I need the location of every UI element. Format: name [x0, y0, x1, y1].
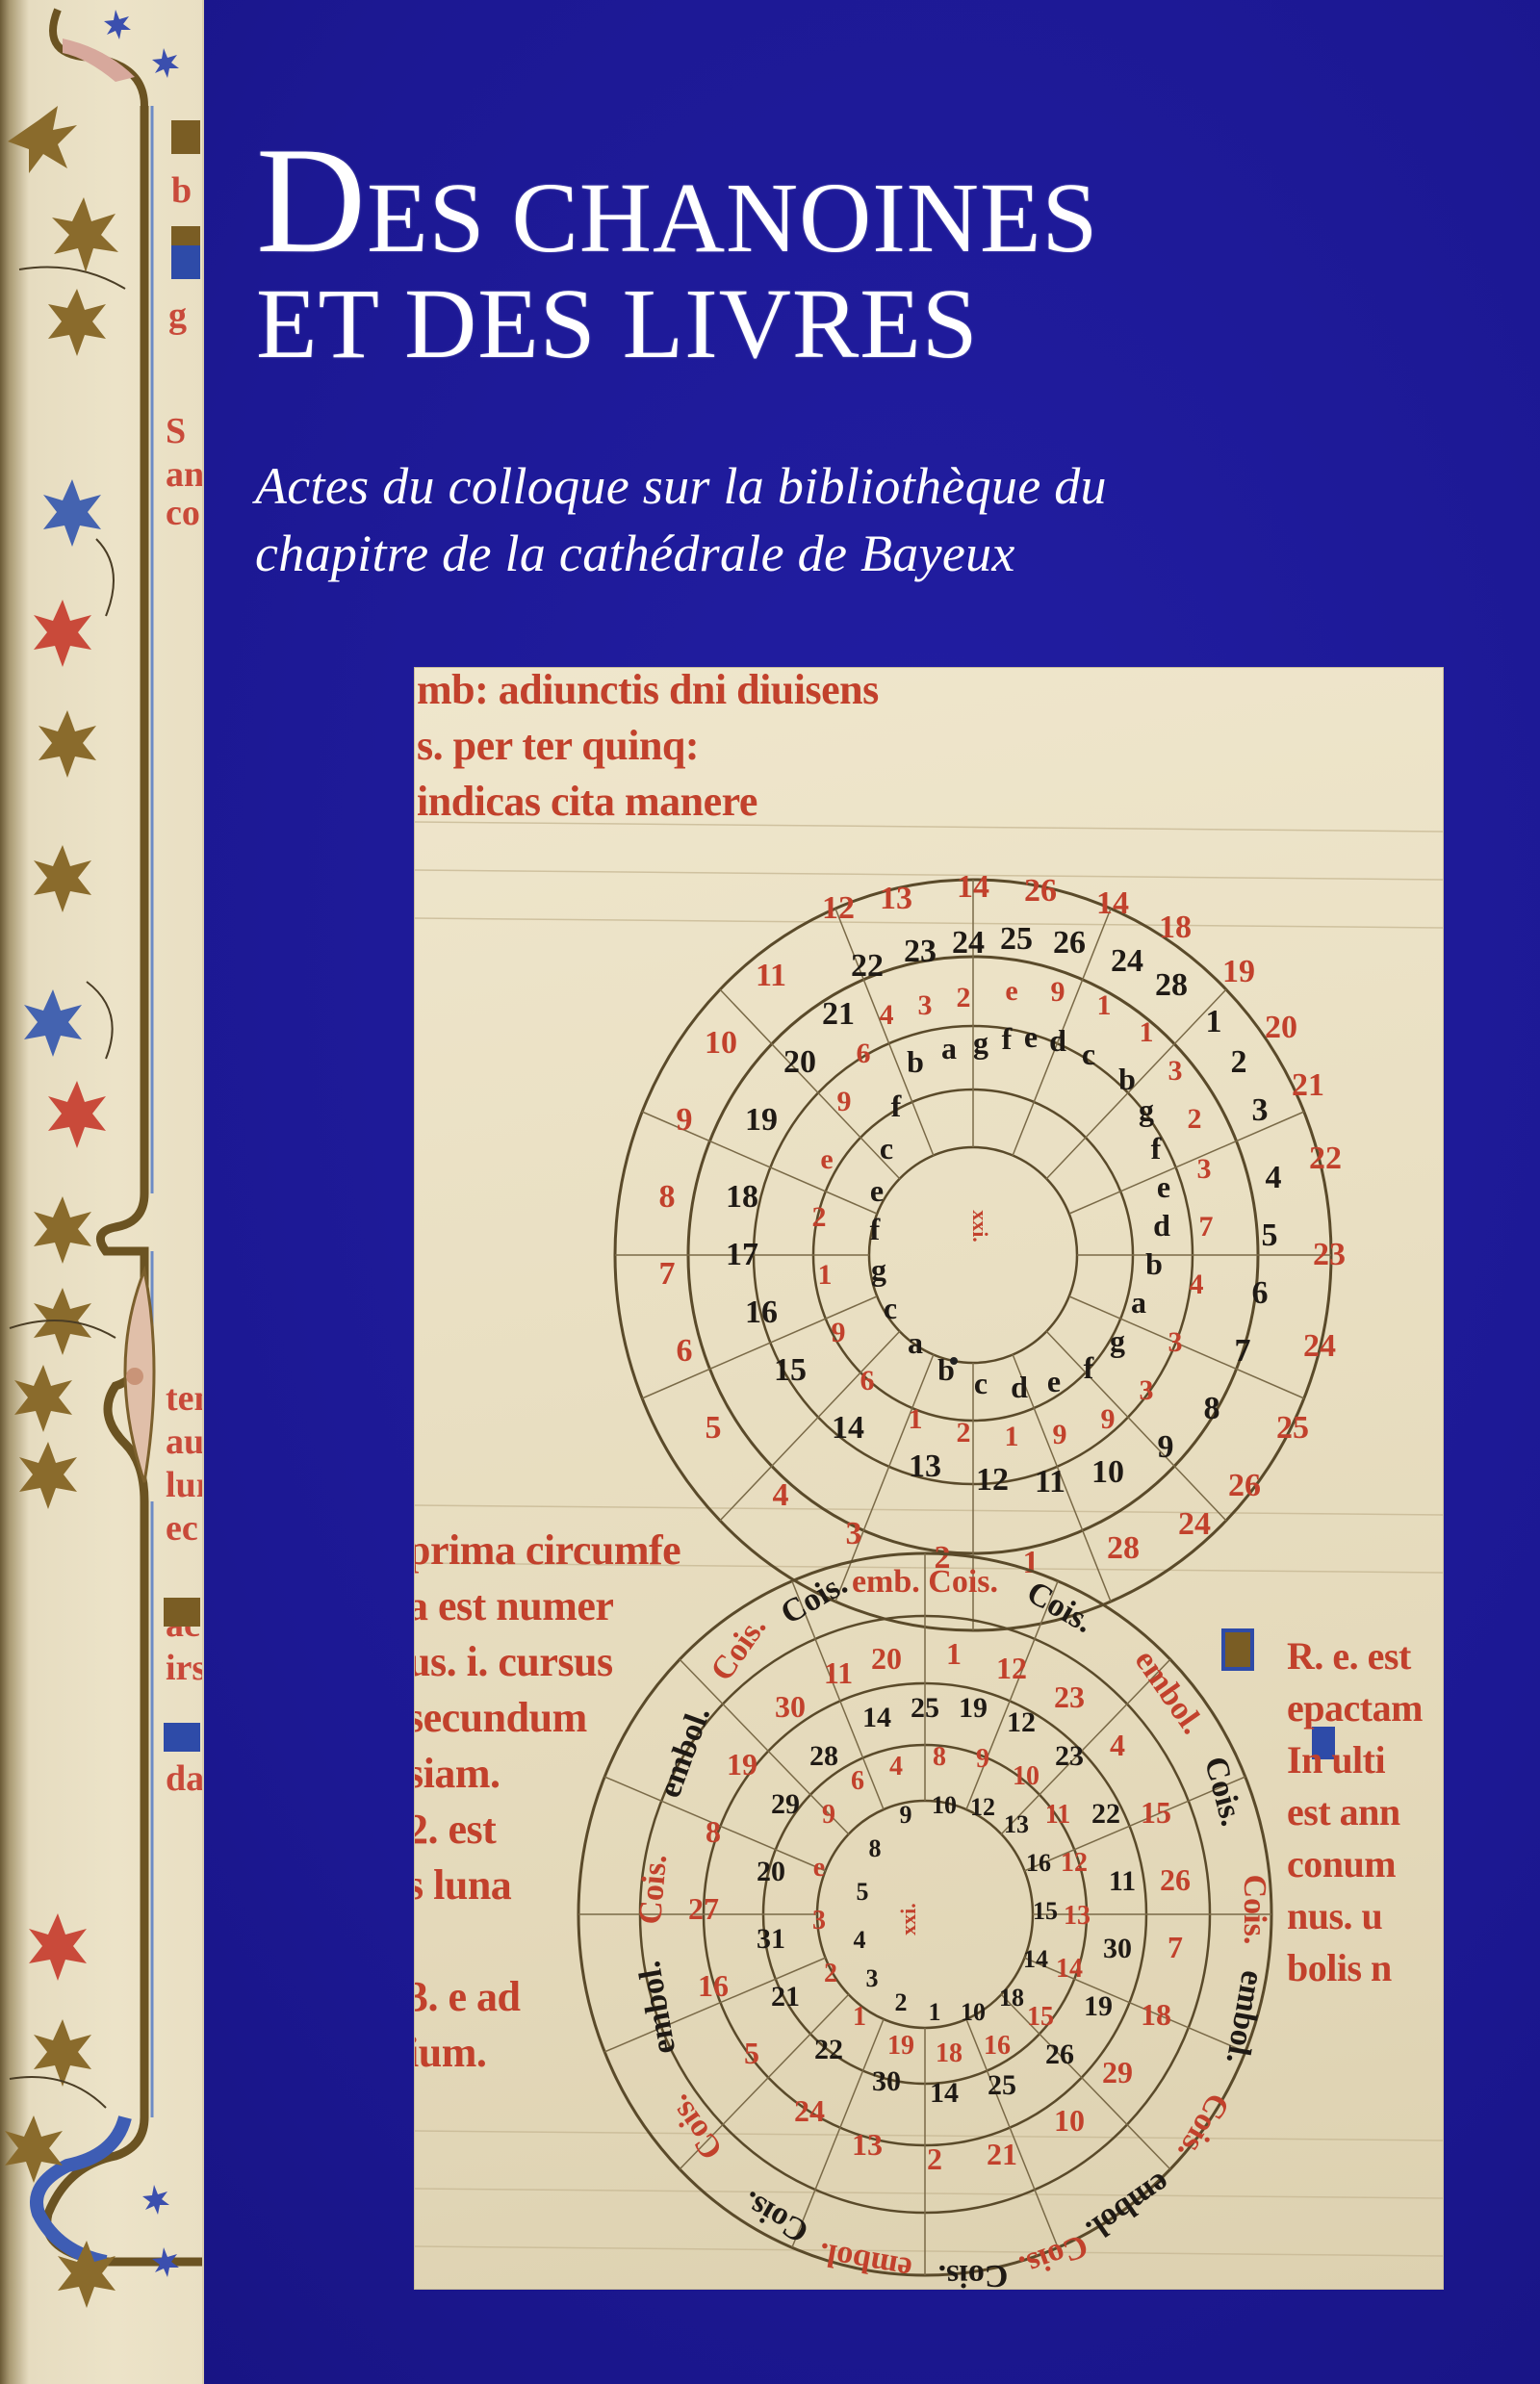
svg-text:15: 15 [774, 1352, 807, 1388]
svg-text:6: 6 [851, 1766, 864, 1796]
svg-text:24: 24 [1111, 943, 1143, 979]
svg-text:20: 20 [757, 1856, 785, 1887]
svg-text:3: 3 [846, 1516, 862, 1551]
svg-text:20: 20 [783, 1044, 816, 1080]
svg-text:9: 9 [900, 1801, 912, 1829]
svg-text:1: 1 [1140, 1016, 1154, 1048]
svg-text:e: e [1047, 1364, 1061, 1398]
svg-text:2: 2 [895, 1988, 908, 2016]
svg-text:29: 29 [771, 1788, 800, 1820]
rubric-line: 2. est [415, 1802, 680, 1858]
svg-text:11: 11 [1045, 1800, 1070, 1830]
svg-text:10: 10 [1013, 1761, 1039, 1791]
svg-text:g: g [1110, 1323, 1125, 1358]
svg-text:3: 3 [1140, 1374, 1154, 1406]
svg-text:12: 12 [996, 1651, 1027, 1685]
svg-text:5: 5 [744, 2036, 759, 2070]
svg-text:co: co [166, 493, 200, 533]
svg-text:13: 13 [1064, 1901, 1091, 1931]
svg-text:23: 23 [904, 934, 937, 969]
svg-text:28: 28 [809, 1740, 838, 1772]
svg-text:S: S [166, 411, 186, 451]
svg-text:1: 1 [853, 2002, 866, 2032]
svg-text:12: 12 [976, 1462, 1009, 1498]
svg-text:22: 22 [1309, 1141, 1342, 1176]
svg-text:8: 8 [706, 1814, 721, 1849]
svg-text:5: 5 [857, 1878, 869, 1906]
rubric-line: siam. [415, 1746, 680, 1802]
svg-text:6: 6 [1252, 1275, 1269, 1311]
svg-text:Cois.: Cois. [1170, 2088, 1236, 2166]
svg-text:27: 27 [688, 1891, 719, 1926]
svg-text:12: 12 [970, 1793, 995, 1821]
svg-text:Cois.: Cois. [1021, 1575, 1099, 1640]
svg-text:19: 19 [727, 1747, 757, 1782]
svg-text:14: 14 [1096, 885, 1129, 921]
rubric-line: In ulti [1287, 1734, 1423, 1786]
rubric-line: R. e. est [1287, 1630, 1423, 1682]
svg-text:a: a [908, 1325, 923, 1360]
svg-text:irs: irs [166, 1648, 204, 1688]
svg-text:19: 19 [745, 1102, 778, 1138]
svg-text:e: e [1005, 975, 1017, 1007]
svg-text:25: 25 [1276, 1410, 1309, 1446]
subtitle-line-1: Actes du colloque sur la bibliothèque du [255, 452, 1506, 520]
svg-text:a: a [1131, 1285, 1146, 1320]
svg-text:15: 15 [1141, 1795, 1171, 1830]
svg-text:c: c [1082, 1037, 1095, 1071]
svg-text:b: b [1145, 1246, 1163, 1281]
svg-text:23: 23 [1055, 1740, 1084, 1772]
rubric-line: us. i. cursus [415, 1634, 680, 1690]
svg-text:e: e [813, 1853, 825, 1883]
svg-text:d: d [1049, 1023, 1066, 1058]
svg-text:da: da [166, 1758, 204, 1799]
svg-text:9: 9 [1101, 1403, 1116, 1435]
svg-text:lun: lun [166, 1465, 204, 1505]
title-line-1: Des chanoines [256, 153, 1507, 269]
svg-text:30: 30 [775, 1689, 806, 1724]
svg-text:9: 9 [832, 1317, 846, 1348]
title-line-1-rest: es chanoines [367, 163, 1098, 273]
svg-text:2: 2 [1231, 1044, 1247, 1080]
svg-text:1: 1 [818, 1259, 833, 1291]
rubric-line: est ann [1287, 1786, 1423, 1838]
svg-text:1: 1 [1005, 1421, 1019, 1452]
svg-text:b: b [937, 1352, 955, 1387]
svg-text:3: 3 [812, 1906, 826, 1935]
rubric-blank-line [415, 1913, 680, 1969]
svg-text:4: 4 [854, 1926, 866, 1954]
book-title: Des chanoines et des livres [256, 153, 1507, 375]
svg-text:d: d [1011, 1370, 1028, 1404]
rubric-line: indicas cita manere [417, 774, 879, 830]
svg-text:14: 14 [1023, 1945, 1048, 1973]
svg-text:9: 9 [1051, 976, 1065, 1008]
subtitle-line-2: chapitre de la cathédrale de Bayeux [255, 520, 1506, 587]
svg-text:16: 16 [984, 2031, 1011, 2061]
svg-text:Cois.: Cois. [938, 2258, 1009, 2289]
svg-text:18: 18 [999, 1984, 1024, 2012]
svg-text:an: an [166, 454, 204, 495]
svg-text:13: 13 [909, 1448, 941, 1484]
rubric-line: a est numer [415, 1578, 680, 1634]
svg-text:emb. Cois.: emb. Cois. [852, 1564, 998, 1600]
svg-text:23: 23 [1313, 1237, 1346, 1272]
svg-text:4: 4 [1190, 1269, 1204, 1300]
svg-text:18: 18 [726, 1179, 758, 1215]
svg-text:12: 12 [1061, 1848, 1088, 1878]
svg-text:18: 18 [1159, 910, 1192, 945]
svg-text:14: 14 [1056, 1954, 1083, 1984]
svg-text:Cois.: Cois. [1237, 1875, 1272, 1945]
svg-text:2: 2 [1188, 1103, 1202, 1135]
rubric-line: prima circumfe [415, 1523, 680, 1578]
svg-text:b: b [171, 170, 192, 211]
svg-text:2: 2 [812, 1201, 827, 1233]
svg-text:5: 5 [1262, 1218, 1278, 1253]
manuscript-margin-strip: b g S an co ten au lun ec ac irs da [0, 0, 204, 2384]
svg-text:1: 1 [1097, 989, 1112, 1021]
svg-text:4: 4 [889, 1752, 903, 1782]
svg-text:embol.: embol. [1080, 2166, 1177, 2248]
svg-text:2: 2 [957, 1417, 971, 1448]
svg-text:g: g [168, 295, 187, 336]
spine-edge [202, 0, 204, 2384]
rubric-line: epactam [1287, 1682, 1423, 1734]
svg-text:24: 24 [1178, 1506, 1211, 1542]
rubric-line: nus. u [1287, 1890, 1423, 1942]
svg-text:13: 13 [1004, 1810, 1029, 1838]
svg-text:30: 30 [872, 2065, 901, 2097]
svg-text:12: 12 [822, 890, 855, 926]
svg-text:f: f [891, 1089, 902, 1123]
svg-text:f: f [1002, 1021, 1013, 1056]
svg-text:2: 2 [927, 2141, 942, 2176]
svg-text:14: 14 [957, 869, 989, 905]
svg-text:e: e [870, 1173, 884, 1208]
svg-text:21: 21 [987, 2137, 1017, 2171]
svg-text:16: 16 [745, 1295, 778, 1330]
svg-text:10: 10 [932, 1791, 957, 1819]
rubric-line: ium. [415, 2025, 680, 2081]
svg-text:16: 16 [1026, 1849, 1051, 1877]
svg-text:1: 1 [909, 1403, 923, 1435]
svg-text:9: 9 [677, 1102, 693, 1138]
svg-text:25: 25 [1000, 921, 1033, 957]
svg-text:10: 10 [1054, 2103, 1085, 2138]
svg-text:2: 2 [957, 982, 971, 1013]
svg-text:22: 22 [1091, 1798, 1120, 1830]
svg-text:7: 7 [659, 1256, 676, 1292]
svg-text:xxi.: xxi. [968, 1210, 992, 1243]
svg-text:12: 12 [1007, 1706, 1036, 1738]
svg-text:b: b [1118, 1062, 1136, 1096]
svg-text:xxi.: xxi. [896, 1903, 920, 1935]
svg-text:14: 14 [930, 2077, 959, 2109]
svg-text:13: 13 [880, 881, 912, 916]
svg-text:21: 21 [822, 996, 855, 1032]
svg-text:19: 19 [959, 1692, 988, 1724]
manuscript-illustration: 121314 261418 192021 222324 252624 2812 … [415, 668, 1443, 2289]
book-subtitle: Actes du colloque sur la bibliothèque du… [255, 452, 1506, 587]
svg-text:13: 13 [852, 2127, 883, 2162]
svg-text:9: 9 [822, 1800, 835, 1830]
svg-text:11: 11 [1109, 1865, 1136, 1897]
svg-text:9: 9 [837, 1086, 852, 1117]
svg-text:d: d [1153, 1208, 1170, 1243]
svg-text:9: 9 [1158, 1429, 1174, 1465]
svg-text:28: 28 [1107, 1530, 1140, 1566]
svg-text:3: 3 [866, 1964, 879, 1992]
svg-text:au: au [166, 1422, 204, 1462]
svg-text:g: g [871, 1252, 886, 1287]
svg-text:26: 26 [1053, 925, 1086, 961]
svg-text:11: 11 [1035, 1464, 1065, 1500]
svg-text:26: 26 [1045, 2038, 1074, 2070]
svg-text:19: 19 [1222, 954, 1255, 989]
svg-text:9: 9 [1053, 1419, 1067, 1450]
svg-text:20: 20 [1265, 1010, 1297, 1045]
rubric-text-top: mb: adiunctis dni diuisens s. per ter qu… [417, 668, 879, 830]
svg-text:7: 7 [1199, 1211, 1214, 1243]
svg-text:8: 8 [933, 1742, 946, 1772]
rubric-line: s luna [415, 1858, 680, 1913]
svg-text:11: 11 [756, 958, 786, 993]
rubric-line: 3. e ad [415, 1969, 680, 2025]
svg-text:30: 30 [1103, 1933, 1132, 1964]
svg-text:4: 4 [773, 1477, 789, 1513]
svg-text:ec: ec [166, 1508, 198, 1549]
svg-text:3: 3 [918, 989, 933, 1021]
rubric-line: bolis n [1287, 1942, 1423, 1994]
svg-text:c: c [974, 1366, 988, 1400]
svg-text:14: 14 [832, 1410, 864, 1446]
svg-text:21: 21 [1292, 1067, 1324, 1103]
svg-text:16: 16 [698, 1968, 729, 2003]
svg-text:31: 31 [757, 1923, 785, 1955]
svg-text:2: 2 [824, 1959, 837, 1988]
svg-text:Cois.: Cois. [1197, 1753, 1250, 1830]
svg-text:26: 26 [1160, 1862, 1191, 1897]
svg-text:15: 15 [1033, 1897, 1058, 1925]
svg-text:6: 6 [860, 1365, 875, 1397]
svg-text:26: 26 [1228, 1468, 1261, 1503]
svg-text:5: 5 [706, 1410, 722, 1446]
svg-text:18: 18 [1141, 1997, 1171, 2032]
svg-text:24: 24 [952, 925, 985, 961]
svg-text:24: 24 [794, 2093, 825, 2128]
svg-text:28: 28 [1155, 967, 1188, 1003]
svg-text:6: 6 [857, 1038, 871, 1069]
svg-text:8: 8 [659, 1179, 676, 1215]
svg-text:g: g [973, 1025, 988, 1060]
svg-text:g: g [1139, 1092, 1154, 1127]
svg-text:Cois.: Cois. [704, 1610, 773, 1688]
svg-text:3: 3 [1197, 1153, 1212, 1185]
svg-text:10: 10 [961, 1998, 986, 2026]
svg-text:19: 19 [1084, 1990, 1113, 2022]
svg-text:25: 25 [911, 1692, 939, 1724]
svg-text:f: f [870, 1212, 881, 1246]
svg-text:3: 3 [1168, 1326, 1183, 1358]
title-initial: D [256, 116, 367, 285]
svg-text:embol.: embol. [816, 2236, 914, 2287]
svg-text:9: 9 [976, 1744, 989, 1774]
svg-text:4: 4 [1110, 1728, 1125, 1762]
svg-text:b: b [907, 1044, 924, 1079]
svg-text:4: 4 [1266, 1160, 1282, 1195]
svg-text:1: 1 [1023, 1545, 1039, 1580]
svg-text:22: 22 [814, 2034, 843, 2065]
rubric-text-left: prima circumfe a est numer us. i. cursus… [415, 1523, 680, 2081]
svg-text:3: 3 [1252, 1092, 1269, 1128]
illuminated-border-icon: b g S an co ten au lun ec ac irs da [0, 0, 204, 2384]
svg-text:26: 26 [1024, 873, 1057, 909]
title-line-2: et des livres [256, 273, 1507, 375]
svg-text:24: 24 [1303, 1328, 1336, 1364]
svg-text:e: e [820, 1143, 833, 1175]
svg-text:11: 11 [824, 1655, 853, 1690]
svg-text:3: 3 [1168, 1055, 1183, 1087]
svg-text:4: 4 [880, 999, 894, 1031]
svg-text:19: 19 [887, 2031, 914, 2061]
svg-text:10: 10 [705, 1025, 737, 1061]
svg-text:8: 8 [869, 1834, 882, 1862]
svg-text:f: f [1084, 1350, 1094, 1385]
svg-text:c: c [884, 1291, 897, 1325]
svg-text:a: a [941, 1031, 957, 1065]
svg-text:22: 22 [851, 948, 884, 984]
svg-text:7: 7 [1168, 1930, 1183, 1964]
svg-text:1: 1 [929, 1998, 941, 2026]
svg-text:14: 14 [862, 1702, 891, 1733]
svg-text:10: 10 [1091, 1454, 1124, 1490]
svg-text:17: 17 [726, 1237, 758, 1272]
svg-text:1: 1 [946, 1636, 962, 1671]
svg-text:23: 23 [1054, 1679, 1085, 1714]
svg-text:c: c [880, 1131, 893, 1166]
rubric-line: secundum [415, 1690, 680, 1746]
svg-text:18: 18 [936, 2038, 962, 2068]
svg-text:7: 7 [1235, 1333, 1251, 1369]
svg-text:25: 25 [988, 2069, 1016, 2101]
rubric-text-right: R. e. est epactam In ulti est ann conum … [1287, 1630, 1423, 1994]
svg-text:29: 29 [1102, 2055, 1133, 2089]
rubric-line: s. per ter quinq: [417, 718, 879, 774]
svg-text:e: e [1024, 1019, 1038, 1054]
svg-text:ten: ten [166, 1378, 204, 1419]
svg-text:1: 1 [1206, 1004, 1222, 1039]
svg-text:e: e [1157, 1169, 1170, 1204]
svg-text:6: 6 [677, 1333, 693, 1369]
svg-text:20: 20 [871, 1641, 902, 1676]
svg-text:embol.: embol. [1219, 1968, 1270, 2066]
svg-text:f: f [1151, 1131, 1162, 1166]
svg-text:21: 21 [771, 1981, 800, 2012]
rubric-line: mb: adiunctis dni diuisens [417, 668, 879, 718]
rubric-line: conum [1287, 1838, 1423, 1890]
svg-text:8: 8 [1204, 1391, 1220, 1426]
book-cover: b g S an co ten au lun ec ac irs da [0, 0, 1540, 2384]
svg-text:15: 15 [1027, 2002, 1054, 2032]
